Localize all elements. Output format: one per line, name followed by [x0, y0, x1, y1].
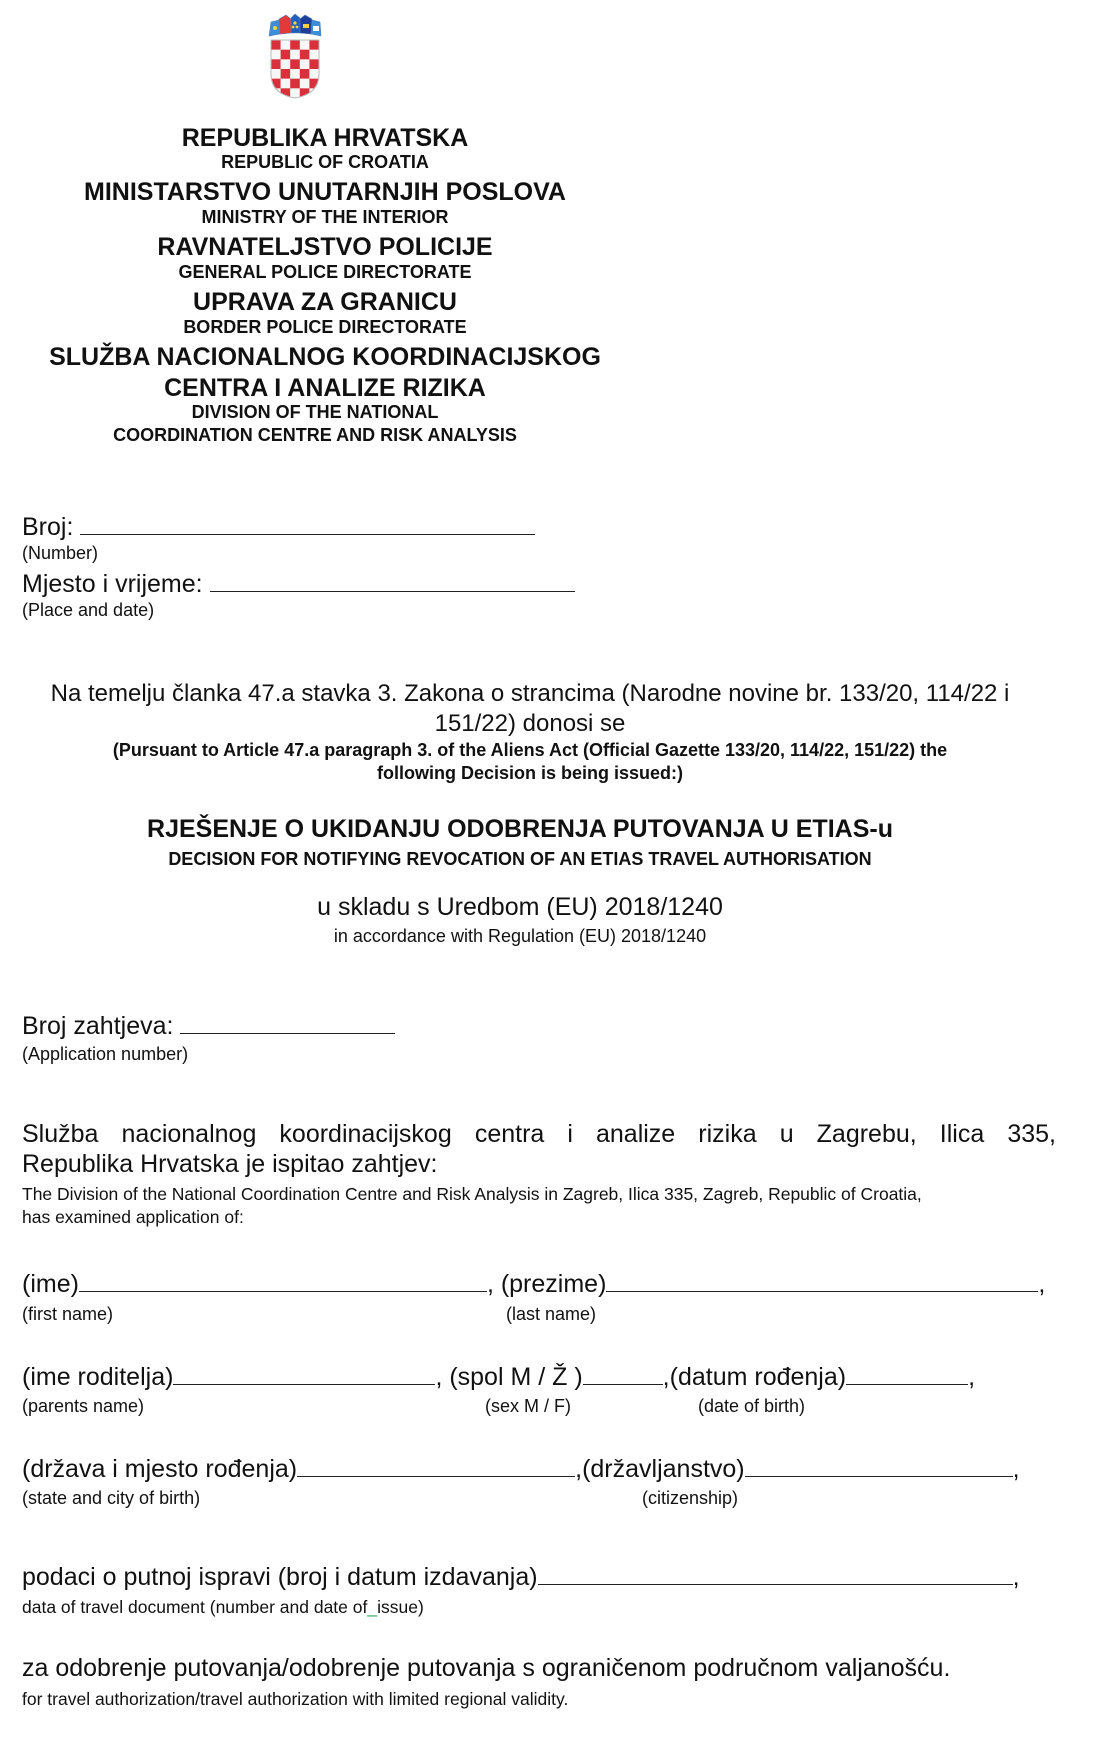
header-line: BORDER POLICE DIRECTORATE: [0, 317, 650, 338]
croatian-coat-of-arms-icon: [267, 12, 323, 100]
decision-title-en: DECISION FOR NOTIFYING REVOCATION OF AN …: [0, 849, 1040, 870]
dob-label: ,(datum rođenja): [663, 1363, 846, 1391]
place-field: Mjesto i vrijeme:: [22, 570, 575, 599]
body-word: 335,: [1007, 1120, 1056, 1149]
header-line: COORDINATION CENTRE AND RISK ANALYSIS: [0, 425, 640, 446]
application-number-field: Broj zahtjeva:: [22, 1012, 395, 1041]
place-label: Mjesto i vrijeme:: [22, 570, 203, 598]
last-name-label: , (prezime): [487, 1270, 606, 1298]
body-word: Ilica: [940, 1120, 984, 1149]
header-line: REPUBLIKA HRVATSKA: [0, 124, 650, 153]
place-sublabel: (Place and date): [22, 600, 154, 621]
place-input-line[interactable]: [210, 591, 575, 592]
travel-document-row: podaci o putnoj ispravi (broj i datum iz…: [22, 1563, 1020, 1592]
number-input-line[interactable]: [80, 534, 535, 535]
body-word: nacionalnog: [122, 1120, 257, 1149]
dob-sublabel: (date of birth): [698, 1396, 805, 1417]
body-word: analize: [596, 1120, 675, 1149]
parents-sex-dob-row: (ime roditelja), (spol M / Ž ),(datum ro…: [22, 1363, 975, 1392]
header-line: SLUŽBA NACIONALNOG KOORDINACIJSKOG: [0, 343, 650, 372]
first-name-label: (ime): [22, 1270, 79, 1298]
header-line: DIVISION OF THE NATIONAL: [0, 402, 640, 423]
travel-document-label: podaci o putnoj ispravi (broj i datum iz…: [22, 1563, 538, 1591]
body-word: centra: [475, 1120, 544, 1149]
application-number-label: Broj zahtjeva:: [22, 1012, 173, 1040]
birthplace-label: (država i mjesto rođenja): [22, 1455, 297, 1483]
regulation-hr: u skladu s Uredbom (EU) 2018/1240: [0, 893, 1040, 922]
birthplace-sublabel: (state and city of birth): [22, 1488, 200, 1509]
body-hr-line2: Republika Hrvatska je ispitao zahtjev:: [22, 1150, 437, 1179]
number-sublabel: (Number): [22, 543, 98, 564]
body-word: i: [567, 1120, 573, 1149]
preamble-hr-line2: 151/22) donosi se: [0, 710, 1060, 738]
body-en-line2: has examined application of:: [22, 1207, 244, 1228]
citizenship-label: ,(državljanstvo): [575, 1455, 745, 1483]
decision-title-hr: RJEŠENJE O UKIDANJU ODOBRENJA PUTOVANJA …: [0, 815, 1040, 844]
sex-label: , (spol M / Ž ): [435, 1363, 582, 1391]
preamble-en-line2: following Decision is being issued:): [0, 763, 1060, 784]
closing-hr: za odobrenje putovanja/odobrenje putovan…: [22, 1654, 950, 1683]
application-number-input-line[interactable]: [180, 1033, 395, 1034]
regulation-en: in accordance with Regulation (EU) 2018/…: [0, 926, 1040, 947]
number-field: Broj:: [22, 513, 535, 542]
first-name-sublabel: (first name): [22, 1304, 113, 1325]
last-name-sublabel: (last name): [506, 1304, 596, 1325]
citizenship-input-line[interactable]: [745, 1476, 1013, 1477]
parents-name-input-line[interactable]: [173, 1384, 435, 1385]
body-word: Zagrebu,: [817, 1120, 917, 1149]
closing-en: for travel authorization/travel authoriz…: [22, 1689, 568, 1710]
number-label: Broj:: [22, 513, 73, 541]
header-line: RAVNATELJSTVO POLICIJE: [0, 233, 650, 262]
last-name-input-line[interactable]: [606, 1291, 1038, 1292]
body-en-line1: The Division of the National Coordinatio…: [22, 1184, 922, 1205]
header-line: MINISTRY OF THE INTERIOR: [0, 207, 650, 228]
body-hr-line1: Službanacionalnogkoordinacijskogcentraia…: [22, 1120, 1056, 1149]
preamble-en-line1: (Pursuant to Article 47.a paragraph 3. o…: [0, 740, 1060, 761]
citizenship-sublabel: (citizenship): [642, 1488, 738, 1509]
sex-input-line[interactable]: [583, 1384, 663, 1385]
names-row: (ime), (prezime),: [22, 1270, 1045, 1299]
travel-document-input-line[interactable]: [538, 1584, 1013, 1585]
header-line: MINISTARSTVO UNUTARNJIH POSLOVA: [0, 178, 650, 207]
birthplace-citizenship-row: (država i mjesto rođenja),(državljanstvo…: [22, 1455, 1020, 1484]
body-word: Služba: [22, 1120, 98, 1149]
birthplace-input-line[interactable]: [297, 1476, 575, 1477]
parents-name-label: (ime roditelja): [22, 1363, 173, 1391]
body-word: u: [780, 1120, 794, 1149]
dob-input-line[interactable]: [846, 1384, 968, 1385]
preamble-hr-line1: Na temelju članka 47.a stavka 3. Zakona …: [0, 680, 1060, 708]
first-name-input-line[interactable]: [79, 1291, 487, 1292]
body-word: koordinacijskog: [279, 1120, 451, 1149]
header-line: REPUBLIC OF CROATIA: [0, 152, 650, 173]
header-line: UPRAVA ZA GRANICU: [0, 288, 650, 317]
application-number-sublabel: (Application number): [22, 1044, 188, 1065]
body-word: rizika: [698, 1120, 756, 1149]
header-line: GENERAL POLICE DIRECTORATE: [0, 262, 650, 283]
parents-name-sublabel: (parents name): [22, 1396, 144, 1417]
header-line: CENTRA I ANALIZE RIZIKA: [0, 374, 650, 403]
sex-sublabel: (sex M / F): [485, 1396, 571, 1417]
travel-document-sublabel: data of travel document (number and date…: [22, 1597, 424, 1618]
